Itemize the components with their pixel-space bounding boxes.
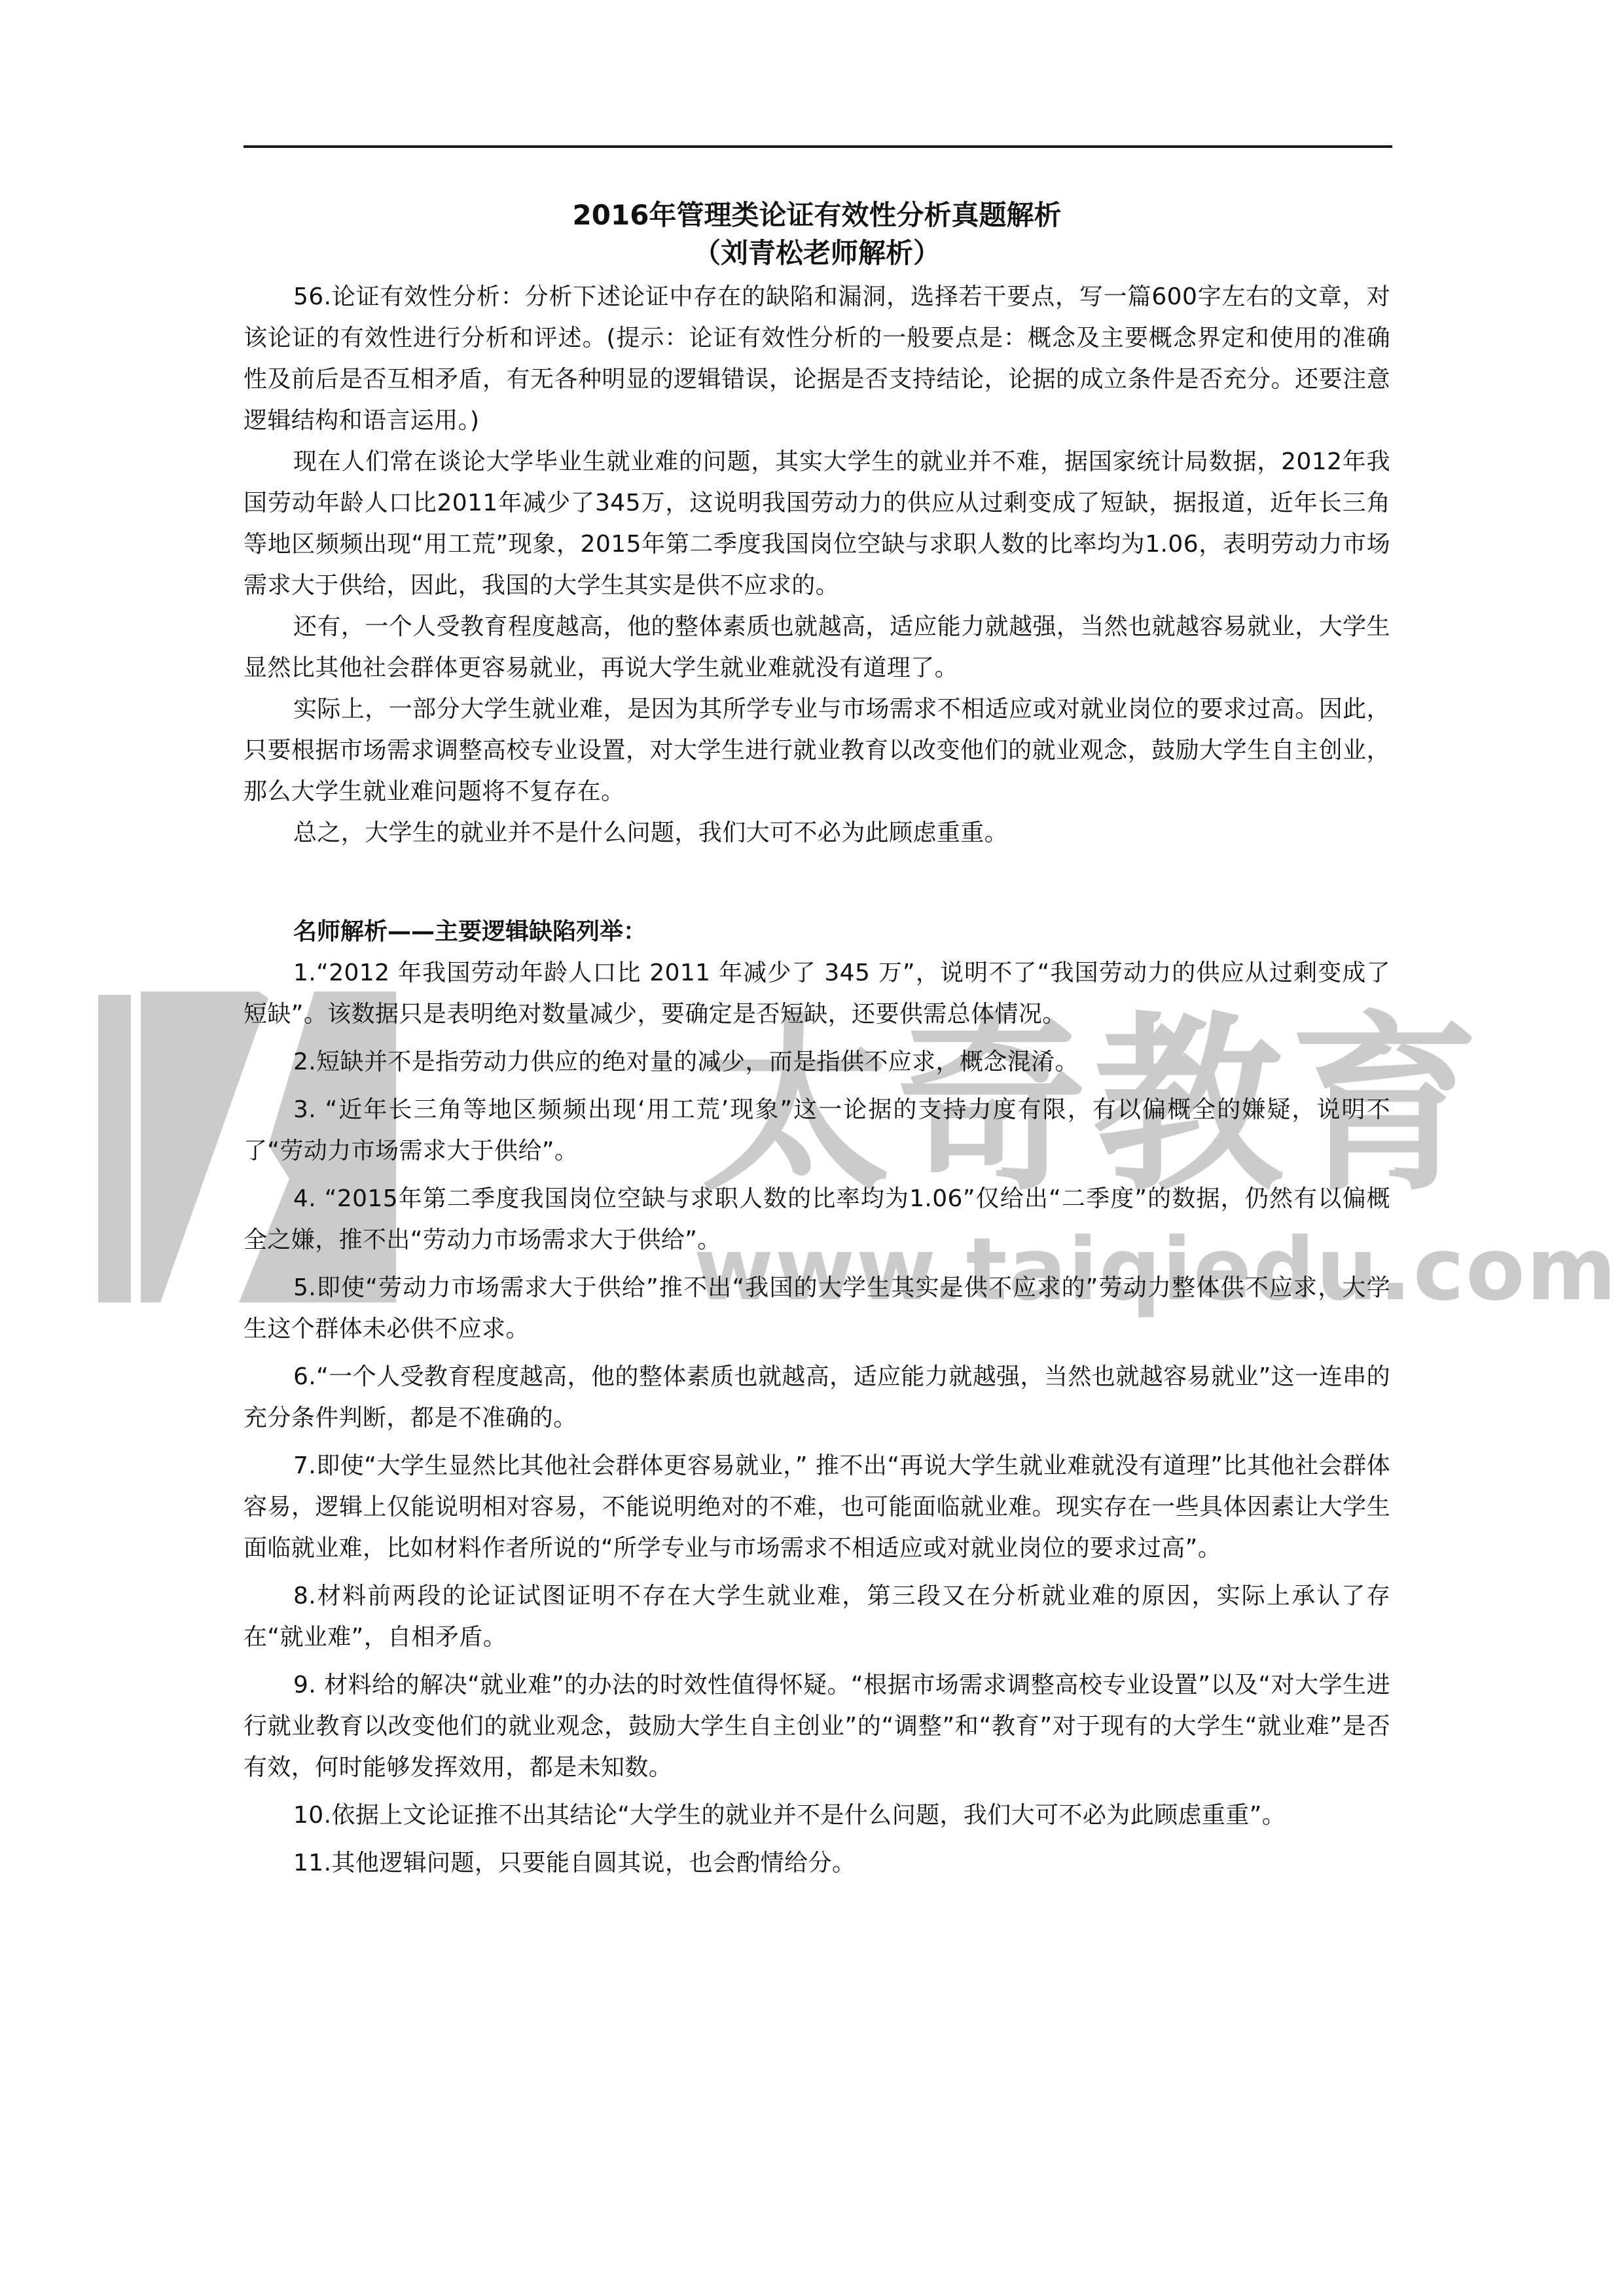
analysis-item: 2.短缺并不是指劳动力供应的绝对量的减少，而是指供不应求，概念混淆。 [244, 1041, 1390, 1083]
analysis-item: 10.依据上文论证推不出其结论“大学生的就业并不是什么问题，我们大可不必为此顾虑… [244, 1795, 1390, 1836]
analysis-item: 6.“一个人受教育程度越高，他的整体素质也就越高，适应能力就越强，当然也就越容易… [244, 1356, 1390, 1439]
section-gap [244, 853, 1390, 911]
analysis-item: 7.即使“大学生显然比其他社会群体更容易就业，” 推不出“再说大学生就业难就没有… [244, 1445, 1390, 1569]
question-paragraph-2: 还有，一个人受教育程度越高，他的整体素质也就越高，适应能力就越强，当然也就越容易… [244, 606, 1390, 689]
analysis-item: 8.材料前两段的论证试图证明不存在大学生就业难，第三段又在分析就业难的原因，实际… [244, 1575, 1390, 1658]
question-paragraph-1: 现在人们常在谈论大学毕业生就业难的问题，其实大学生的就业并不难，据国家统计局数据… [244, 441, 1390, 606]
analysis-item: 3. “近年长三角等地区频频出现‘用工荒’现象”这一论据的支持力度有限，有以偏概… [244, 1089, 1390, 1172]
question-paragraph-3: 实际上，一部分大学生就业难，是因为其所学专业与市场需求不相适应或对就业岗位的要求… [244, 689, 1390, 812]
analysis-item: 4. “2015年第二季度我国岗位空缺与求职人数的比率均为1.06”仅给出“二季… [244, 1178, 1390, 1261]
header-rule [244, 145, 1392, 148]
document-page: 2016年管理类论证有效性分析真题解析 （刘青松老师解析） 56.论证有效性分析… [244, 196, 1390, 1890]
question-prompt: 56.论证有效性分析：分析下述论证中存在的缺陷和漏洞，选择若干要点，写一篇600… [244, 276, 1390, 441]
analysis-heading: 名师解析——主要逻辑缺陷列举： [244, 911, 1390, 952]
analysis-item: 9. 材料给的解决“就业难”的办法的时效性值得怀疑。“根据市场需求调整高校专业设… [244, 1664, 1390, 1788]
analysis-item: 11.其他逻辑问题，只要能自圆其说，也会酌情给分。 [244, 1842, 1390, 1884]
question-paragraph-4: 总之，大学生的就业并不是什么问题，我们大可不必为此顾虑重重。 [244, 812, 1390, 853]
document-subtitle: （刘青松老师解析） [244, 234, 1390, 272]
analysis-item: 1.“2012 年我国劳动年龄人口比 2011 年减少了 345 万”，说明不了… [244, 952, 1390, 1035]
document-title: 2016年管理类论证有效性分析真题解析 [244, 196, 1390, 234]
analysis-item: 5.即使“劳动力市场需求大于供给”推不出“我国的大学生其实是供不应求的”劳动力整… [244, 1267, 1390, 1350]
